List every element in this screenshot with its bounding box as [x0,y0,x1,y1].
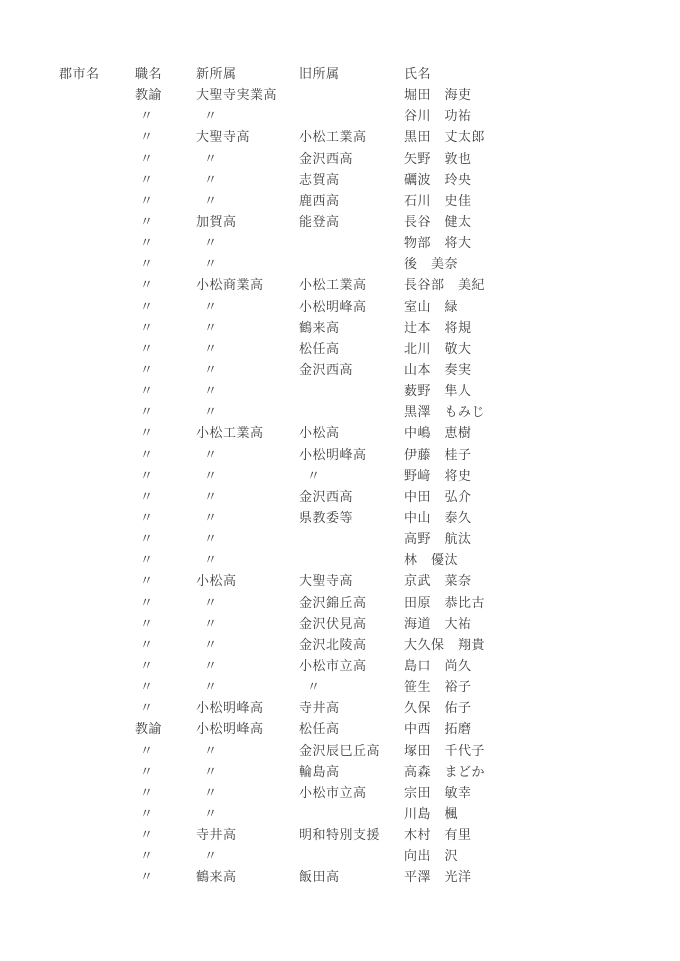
ditto-mark: 〃 [204,253,218,274]
ditto-mark: 〃 [140,866,154,887]
old-affiliation-cell: 明和特別支援 [299,824,380,845]
old-affiliation-cell: 金沢西高 [299,148,353,169]
table-row: 〃〃金沢北陵高大久保 翔貴 [0,634,680,655]
table-row: 〃小松商業高小松工業高長谷部 美紀 [0,274,680,295]
old-affiliation-cell: 志賀高 [299,169,340,190]
table-row: 〃小松明峰高寺井高久保 佑子 [0,697,680,718]
ditto-mark: 〃 [140,740,154,761]
table-row: 〃〃輪島高高森 まどか [0,761,680,782]
old-affiliation-cell: 大聖寺高 [299,570,353,591]
ditto-mark: 〃 [140,253,154,274]
name-cell: 平澤 光洋 [404,866,472,887]
name-cell: 伊藤 桂子 [404,444,472,465]
ditto-mark: 〃 [140,761,154,782]
name-cell: 島口 尚久 [404,655,472,676]
name-cell: 川島 楓 [404,803,458,824]
ditto-mark: 〃 [204,359,218,380]
old-affiliation-cell: 小松高 [299,422,340,443]
old-affiliation-cell: 小松工業高 [299,274,367,295]
old-affiliation-cell: 飯田高 [299,866,340,887]
name-cell: 宗田 敏幸 [404,782,472,803]
ditto-mark: 〃 [140,401,154,422]
old-affiliation-cell: 能登高 [299,211,340,232]
header-job-title: 職名 [135,63,162,84]
table-row: 〃〃〃野﨑 将史 [0,465,680,486]
ditto-mark: 〃 [204,740,218,761]
ditto-mark: 〃 [307,465,321,486]
ditto-mark: 〃 [140,359,154,380]
table-row: 〃〃黒澤 もみじ [0,401,680,422]
ditto-mark: 〃 [307,676,321,697]
table-row: 〃〃小松市立高島口 尚久 [0,655,680,676]
ditto-mark: 〃 [140,486,154,507]
new-affiliation-cell: 大聖寺実業高 [196,84,277,105]
ditto-mark: 〃 [140,105,154,126]
header-district-name: 郡市名 [59,63,100,84]
name-cell: 笹生 裕子 [404,676,472,697]
ditto-mark: 〃 [204,401,218,422]
table-row: 〃〃小松明峰高伊藤 桂子 [0,444,680,465]
ditto-mark: 〃 [140,169,154,190]
ditto-mark: 〃 [204,592,218,613]
ditto-mark: 〃 [204,105,218,126]
name-cell: 中嶋 恵樹 [404,422,472,443]
table-row: 〃大聖寺高小松工業高黒田 丈太郎 [0,126,680,147]
ditto-mark: 〃 [140,465,154,486]
old-affiliation-cell: 金沢辰巳丘高 [299,740,380,761]
ditto-mark: 〃 [204,317,218,338]
ditto-mark: 〃 [140,592,154,613]
old-affiliation-cell: 小松工業高 [299,126,367,147]
ditto-mark: 〃 [204,296,218,317]
name-cell: 山本 奏実 [404,359,472,380]
table-row: 〃加賀高能登高長谷 健太 [0,211,680,232]
name-cell: 海道 大祐 [404,613,472,634]
ditto-mark: 〃 [204,190,218,211]
new-affiliation-cell: 小松明峰高 [196,697,264,718]
ditto-mark: 〃 [140,422,154,443]
ditto-mark: 〃 [204,761,218,782]
ditto-mark: 〃 [204,338,218,359]
ditto-mark: 〃 [204,613,218,634]
name-cell: 物部 将大 [404,232,472,253]
ditto-mark: 〃 [140,126,154,147]
ditto-mark: 〃 [204,782,218,803]
name-cell: 京武 菜奈 [404,570,472,591]
old-affiliation-cell: 金沢伏見高 [299,613,367,634]
ditto-mark: 〃 [140,317,154,338]
header-old-affiliation: 旧所属 [299,63,340,84]
name-cell: 黒田 丈太郎 [404,126,485,147]
table-header-row: 郡市名 職名 新所属 旧所属 氏名 [0,63,680,84]
header-person-name: 氏名 [404,63,431,84]
ditto-mark: 〃 [204,634,218,655]
old-affiliation-cell: 県教委等 [299,507,353,528]
table-row: 〃寺井高明和特別支援木村 有里 [0,824,680,845]
name-cell: 北川 敬大 [404,338,472,359]
name-cell: 礪波 玲央 [404,169,472,190]
name-cell: 高森 まどか [404,761,485,782]
table-row: 〃〃薮野 隼人 [0,380,680,401]
name-cell: 後 美奈 [404,253,458,274]
name-cell: 薮野 隼人 [404,380,472,401]
new-affiliation-cell: 小松工業高 [196,422,264,443]
job-title-cell: 教諭 [135,84,162,105]
name-cell: 長谷部 美紀 [404,274,485,295]
ditto-mark: 〃 [140,845,154,866]
table-row: 〃〃向出 沢 [0,845,680,866]
name-cell: 辻本 将規 [404,317,472,338]
table-row: 教諭大聖寺実業高堀田 海吏 [0,84,680,105]
name-cell: 向出 沢 [404,845,458,866]
ditto-mark: 〃 [204,507,218,528]
name-cell: 田原 恭比古 [404,592,485,613]
table-row: 〃〃県教委等中山 泰久 [0,507,680,528]
table-row: 〃〃金沢西高山本 奏実 [0,359,680,380]
table-row: 〃鶴来高飯田高平澤 光洋 [0,866,680,887]
ditto-mark: 〃 [140,655,154,676]
table-row: 〃〃金沢辰巳丘高塚田 千代子 [0,740,680,761]
new-affiliation-cell: 鶴来高 [196,866,237,887]
ditto-mark: 〃 [204,169,218,190]
name-cell: 黒澤 もみじ [404,401,485,422]
old-affiliation-cell: 金沢錦丘高 [299,592,367,613]
ditto-mark: 〃 [140,507,154,528]
name-cell: 木村 有里 [404,824,472,845]
new-affiliation-cell: 寺井高 [196,824,237,845]
ditto-mark: 〃 [204,380,218,401]
table-row: 〃〃後 美奈 [0,253,680,274]
ditto-mark: 〃 [140,676,154,697]
ditto-mark: 〃 [204,148,218,169]
ditto-mark: 〃 [140,613,154,634]
table-row: 〃〃志賀高礪波 玲央 [0,169,680,190]
ditto-mark: 〃 [204,549,218,570]
name-cell: 長谷 健太 [404,211,472,232]
ditto-mark: 〃 [140,190,154,211]
ditto-mark: 〃 [140,211,154,232]
ditto-mark: 〃 [204,465,218,486]
name-cell: 中山 泰久 [404,507,472,528]
ditto-mark: 〃 [140,148,154,169]
ditto-mark: 〃 [140,338,154,359]
ditto-mark: 〃 [140,803,154,824]
new-affiliation-cell: 小松高 [196,570,237,591]
ditto-mark: 〃 [140,380,154,401]
old-affiliation-cell: 鶴来高 [299,317,340,338]
name-cell: 野﨑 将史 [404,465,472,486]
new-affiliation-cell: 大聖寺高 [196,126,250,147]
table-row: 〃〃鶴来高辻本 将規 [0,317,680,338]
table-row: 〃〃金沢伏見高海道 大祐 [0,613,680,634]
old-affiliation-cell: 小松明峰高 [299,296,367,317]
job-title-cell: 教諭 [135,718,162,739]
table-row: 〃〃物部 将大 [0,232,680,253]
old-affiliation-cell: 小松市立高 [299,782,367,803]
table-row: 〃〃金沢西高矢野 敦也 [0,148,680,169]
ditto-mark: 〃 [140,549,154,570]
ditto-mark: 〃 [140,444,154,465]
table-row: 〃〃小松市立高宗田 敏幸 [0,782,680,803]
ditto-mark: 〃 [204,528,218,549]
table-row: 〃〃川島 楓 [0,803,680,824]
ditto-mark: 〃 [204,444,218,465]
old-affiliation-cell: 金沢北陵高 [299,634,367,655]
table-row: 〃〃鹿西高石川 史佳 [0,190,680,211]
ditto-mark: 〃 [204,803,218,824]
table-row: 〃〃林 優汰 [0,549,680,570]
ditto-mark: 〃 [140,782,154,803]
table-row: 〃〃松任高北川 敬大 [0,338,680,359]
name-cell: 林 優汰 [404,549,458,570]
old-affiliation-cell: 鹿西高 [299,190,340,211]
ditto-mark: 〃 [140,274,154,295]
table-row: 〃〃金沢西高中田 弘介 [0,486,680,507]
table-row: 〃小松工業高小松高中嶋 恵樹 [0,422,680,443]
ditto-mark: 〃 [140,824,154,845]
table-row: 〃〃金沢錦丘高田原 恭比古 [0,592,680,613]
old-affiliation-cell: 小松市立高 [299,655,367,676]
name-cell: 大久保 翔貴 [404,634,485,655]
name-cell: 高野 航汰 [404,528,472,549]
name-cell: 室山 緑 [404,296,458,317]
table-row: 〃小松高大聖寺高京武 菜奈 [0,570,680,591]
table-row: 〃〃〃笹生 裕子 [0,676,680,697]
new-affiliation-cell: 小松商業高 [196,274,264,295]
ditto-mark: 〃 [204,232,218,253]
ditto-mark: 〃 [140,634,154,655]
name-cell: 石川 史佳 [404,190,472,211]
ditto-mark: 〃 [140,570,154,591]
name-cell: 塚田 千代子 [404,740,485,761]
new-affiliation-cell: 加賀高 [196,211,237,232]
header-new-affiliation: 新所属 [196,63,237,84]
ditto-mark: 〃 [204,655,218,676]
ditto-mark: 〃 [204,486,218,507]
name-cell: 矢野 敦也 [404,148,472,169]
name-cell: 中田 弘介 [404,486,472,507]
ditto-mark: 〃 [140,697,154,718]
name-cell: 久保 佑子 [404,697,472,718]
table-body: 教諭大聖寺実業高堀田 海吏〃〃谷川 功祐〃大聖寺高小松工業高黒田 丈太郎〃〃金沢… [0,84,680,887]
old-affiliation-cell: 小松明峰高 [299,444,367,465]
old-affiliation-cell: 松任高 [299,338,340,359]
old-affiliation-cell: 金沢西高 [299,486,353,507]
name-cell: 堀田 海吏 [404,84,472,105]
old-affiliation-cell: 金沢西高 [299,359,353,380]
table-row: 〃〃谷川 功祐 [0,105,680,126]
old-affiliation-cell: 松任高 [299,718,340,739]
ditto-mark: 〃 [204,845,218,866]
ditto-mark: 〃 [140,296,154,317]
ditto-mark: 〃 [140,528,154,549]
table-row: 教諭小松明峰高松任高中西 拓磨 [0,718,680,739]
table-row: 〃〃小松明峰高室山 緑 [0,296,680,317]
old-affiliation-cell: 寺井高 [299,697,340,718]
document-page: 郡市名 職名 新所属 旧所属 氏名 教諭大聖寺実業高堀田 海吏〃〃谷川 功祐〃大… [0,0,680,961]
name-cell: 中西 拓磨 [404,718,472,739]
table-row: 〃〃高野 航汰 [0,528,680,549]
name-cell: 谷川 功祐 [404,105,472,126]
ditto-mark: 〃 [204,676,218,697]
personnel-transfer-table: 郡市名 職名 新所属 旧所属 氏名 教諭大聖寺実業高堀田 海吏〃〃谷川 功祐〃大… [0,63,680,887]
new-affiliation-cell: 小松明峰高 [196,718,264,739]
old-affiliation-cell: 輪島高 [299,761,340,782]
ditto-mark: 〃 [140,232,154,253]
